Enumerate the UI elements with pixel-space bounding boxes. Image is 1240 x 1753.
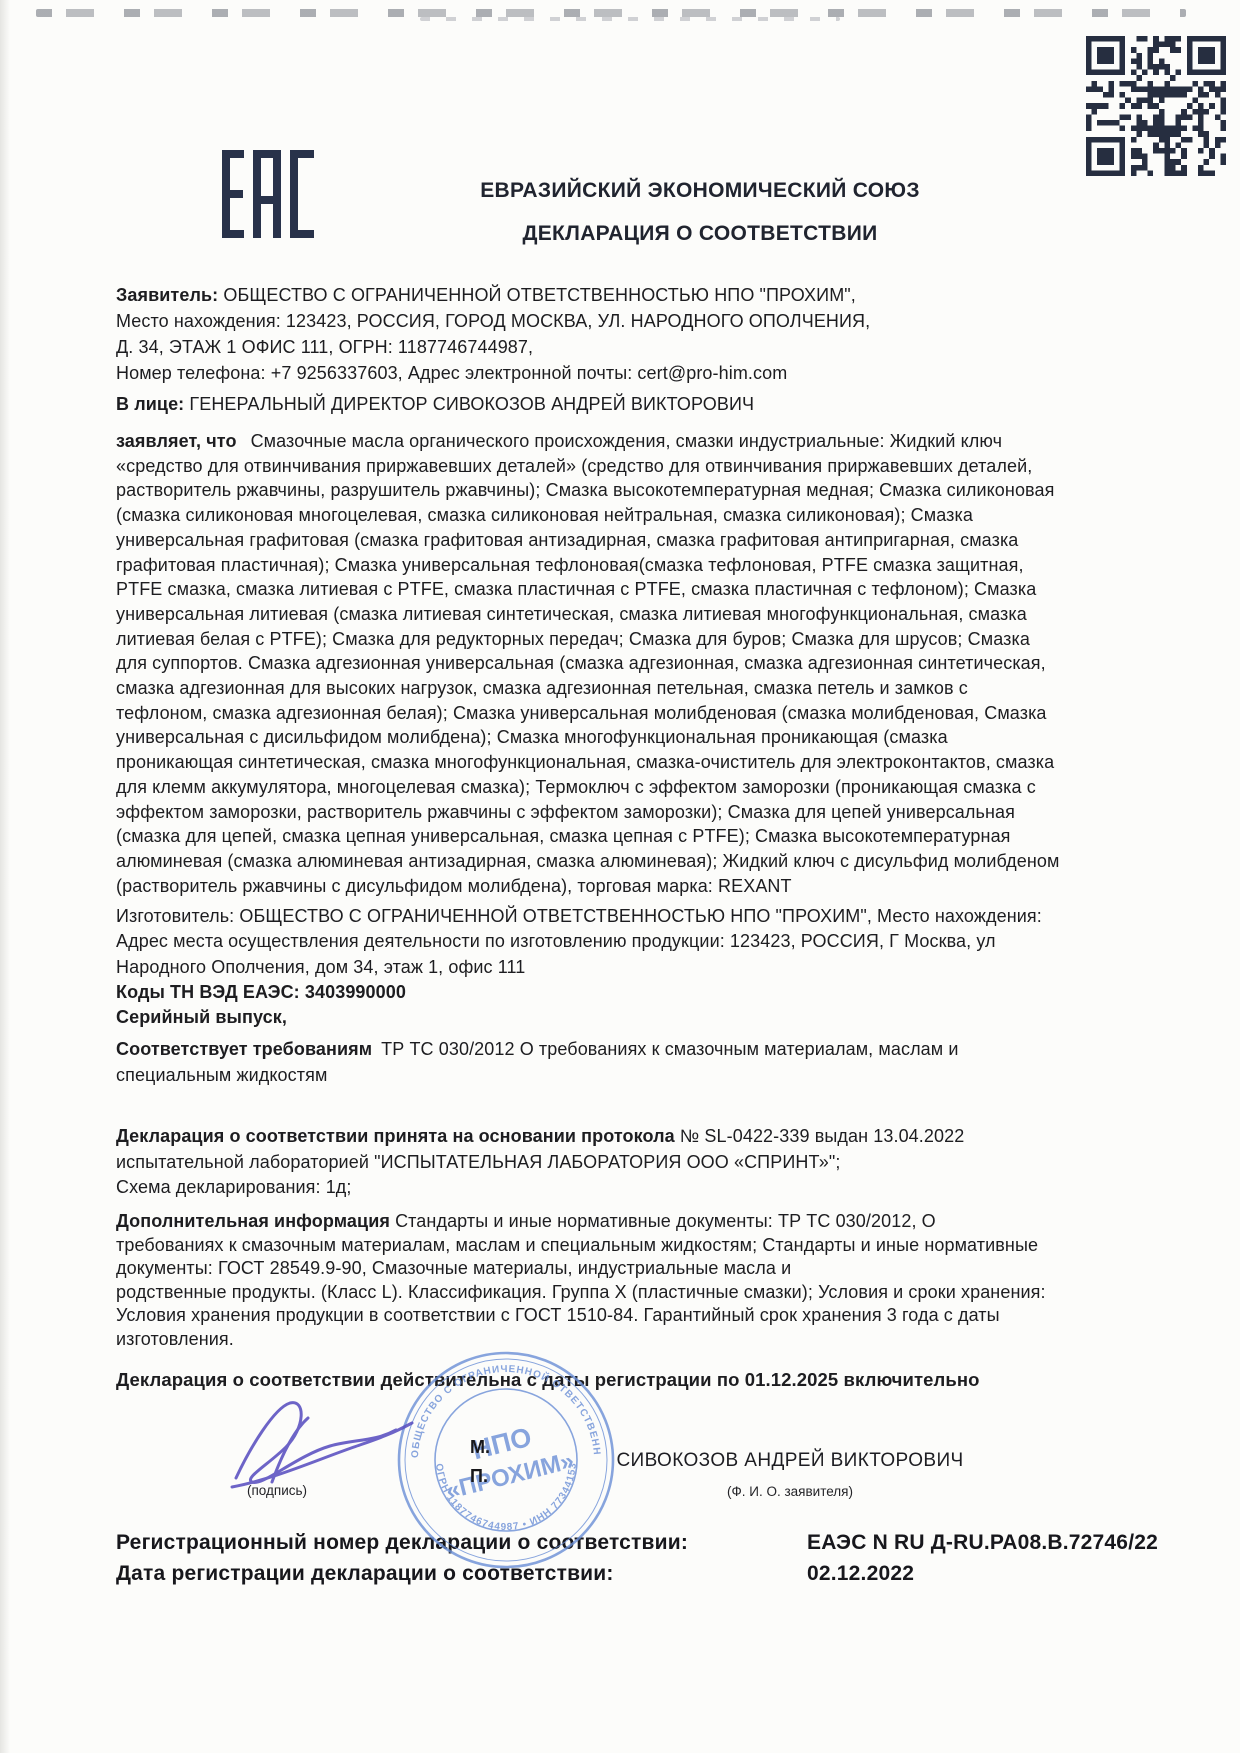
handwritten-signature [222,1390,430,1498]
declares-block: заявляет, чтоСмазочные масла органическо… [116,429,1208,898]
stamp-place-m: М. [470,1437,490,1458]
declares-label: заявляет, что [116,431,237,451]
additional-text: Стандарты и иные нормативные документы: … [116,1211,1046,1349]
applicant-text: ОБЩЕСТВО С ОГРАНИЧЕННОЙ ОТВЕТСТВЕННОСТЬЮ… [116,285,870,383]
in-person-label: В лице: [116,394,184,414]
union-title: ЕВРАЗИЙСКИЙ ЭКОНОМИЧЕСКИЙ СОЮЗ [160,179,1240,203]
manufacturer-block: Изготовитель: ОБЩЕСТВО С ОГРАНИЧЕННОЙ ОТ… [116,904,1208,980]
registration-number-value: ЕАЭС N RU Д-RU.РА08.В.72746/22 [807,1531,1158,1555]
tn-ved-line: Коды ТН ВЭД ЕАЭС: 3403990000 [116,980,1208,1006]
registration-date-value: 02.12.2022 [807,1562,914,1586]
applicant-full-name: СИВОКОЗОВ АНДРЕЙ ВИКТОРОВИЧ [590,1450,990,1472]
full-name-caption: (Ф. И. О. заявителя) [590,1484,990,1499]
complies-block: Соответствует требованиямТР ТС 030/2012 … [116,1037,1208,1088]
stamp-place-p: П. [470,1466,488,1487]
serial-line: Серийный выпуск, [116,1005,1208,1031]
scan-edge-shade [0,0,10,1753]
declaration-title: ДЕКЛАРАЦИЯ О СООТВЕТСТВИИ [160,222,1240,246]
complies-label: Соответствует требованиям [116,1039,372,1059]
applicant-block: Заявитель: ОБЩЕСТВО С ОГРАНИЧЕННОЙ ОТВЕТ… [116,282,1208,386]
additional-label: Дополнительная информация [116,1211,390,1231]
additional-block: Дополнительная информация Стандарты и ин… [116,1210,1208,1351]
declares-text: Смазочные масла органического происхожде… [116,431,1059,896]
validity-line: Декларация о соответствии действительна … [116,1367,1208,1393]
basis-label: Декларация о соответствии принята на осн… [116,1126,675,1146]
qr-code [1086,36,1226,176]
scan-noise [36,9,1186,17]
in-person-text: ГЕНЕРАЛЬНЫЙ ДИРЕКТОР СИВОКОЗОВ АНДРЕЙ ВИ… [184,394,754,414]
in-person-block: В лице: ГЕНЕРАЛЬНЫЙ ДИРЕКТОР СИВОКОЗОВ А… [116,392,1208,418]
scan-noise [420,17,840,21]
declaration-document-page: ЕВРАЗИЙСКИЙ ЭКОНОМИЧЕСКИЙ СОЮЗ ДЕКЛАРАЦИ… [0,0,1240,1753]
basis-block: Декларация о соответствии принята на осн… [116,1124,1208,1201]
applicant-label: Заявитель: [116,285,218,305]
